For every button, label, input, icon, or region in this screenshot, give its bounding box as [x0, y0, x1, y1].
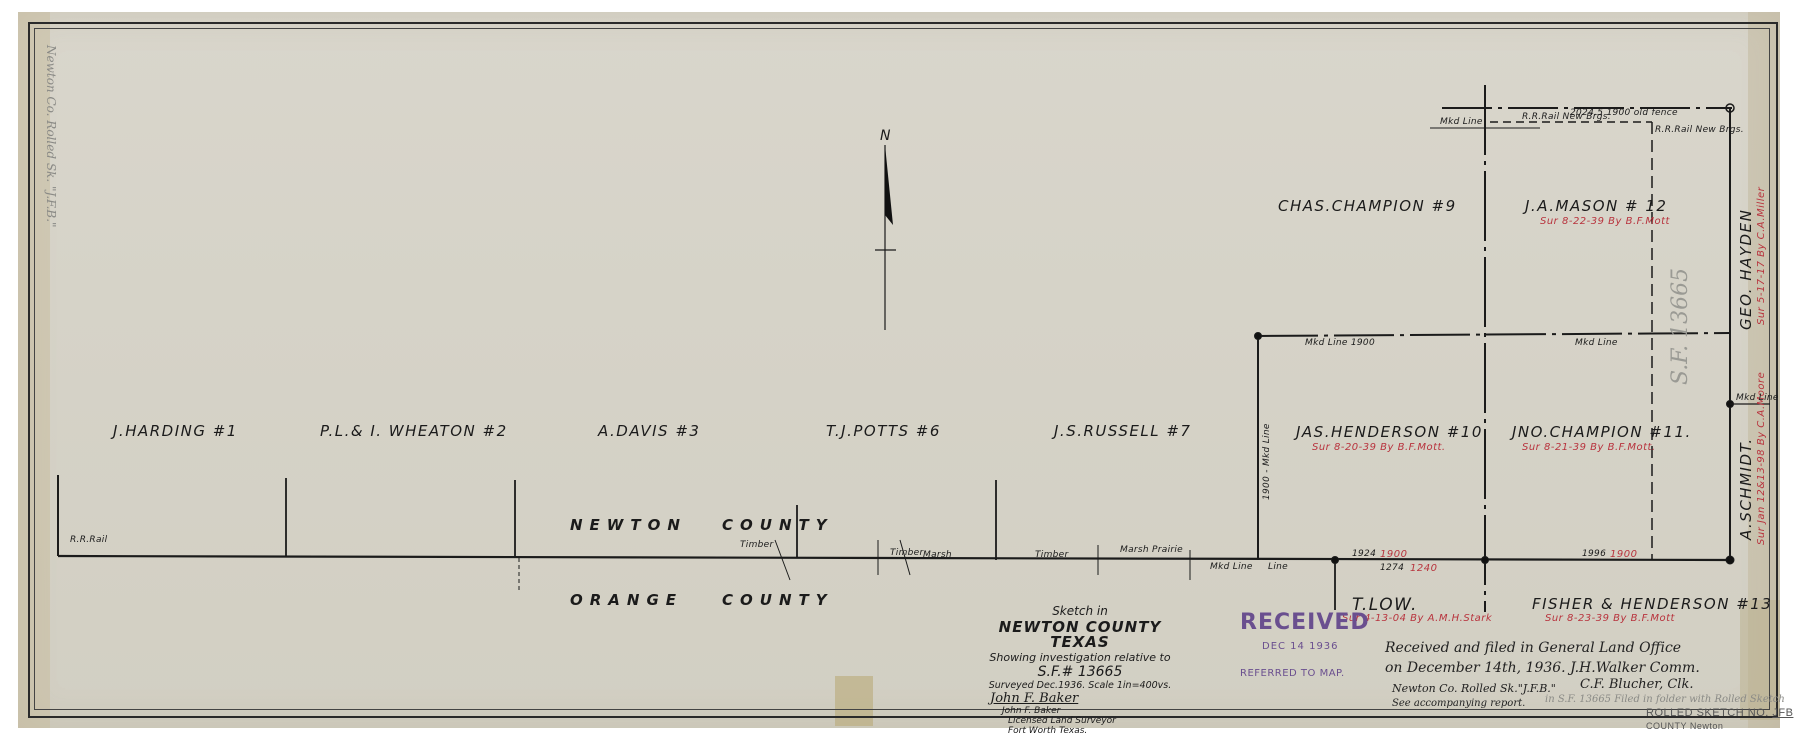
filing-note-line: Newton Co. Rolled Sk."J.F.B." [1392, 682, 1556, 695]
county-label-orange: COUNTY [722, 591, 834, 609]
line-label: Timber [890, 548, 924, 558]
tract-label: J.A.MASON # 12 [1525, 197, 1667, 215]
line-label: Timber [1035, 550, 1069, 560]
tract-label: T.J.POTTS #6 [826, 422, 941, 440]
received-stamp-date: DEC 14 1936 [1262, 641, 1339, 652]
margin-note: Newton Co. Rolled Sk. "J.F.B." [44, 45, 58, 228]
survey-note: Sur 5-17-17 By C.A.Miller [1756, 187, 1767, 325]
title-block: Sketch in NEWTON COUNTY TEXAS Showing in… [960, 604, 1200, 736]
survey-lines [0, 0, 1800, 738]
line-label: Mkd Line [1440, 117, 1483, 127]
pencil-note: in S.F. 13665 Filed in folder with Rolle… [1545, 694, 1785, 705]
line-label: Mkd Line [1210, 562, 1253, 572]
survey-note: Sur 8-21-39 By B.F.Mott. [1522, 442, 1656, 453]
tract-label: A.DAVIS #3 [598, 422, 700, 440]
title-line: Sketch in [960, 604, 1200, 618]
county-label-newton: COUNTY [722, 516, 834, 534]
line-label: Line [1268, 562, 1288, 572]
line-label: R.R.Rail New Brgs. [1655, 125, 1744, 135]
surveyor-title: Licensed Land Surveyor [960, 716, 1200, 726]
tract-label: J.S.RUSSELL #7 [1054, 422, 1191, 440]
line-label: Mkd Line [1736, 393, 1779, 403]
rolled-sketch-county-value: Newton [1690, 721, 1724, 731]
distance-value: 1924 [1352, 549, 1376, 559]
rolled-sketch-number-label: ROLLED SKETCH NO. [1646, 707, 1769, 719]
tract-label: A.SCHMIDT. [1737, 437, 1755, 540]
rolled-sketch-county-label: COUNTY [1646, 721, 1687, 731]
north-arrow-label: N [880, 128, 892, 144]
county-label-newton: NEWTON [570, 516, 687, 534]
rolled-sketch-county: COUNTY Newton [1646, 721, 1723, 731]
distance-value: 1240 [1410, 563, 1437, 574]
survey-note: Sur 8-20-39 By B.F.Mott. [1312, 442, 1446, 453]
distance-value: 1274 [1380, 563, 1404, 573]
line-label: Marsh Prairie [1120, 545, 1183, 555]
title-state: TEXAS [960, 633, 1200, 651]
surveyor-name: John F. Baker [960, 706, 1200, 716]
line-label: Marsh [923, 550, 952, 560]
distance-value: 1996 [1582, 549, 1606, 559]
distance-value: 1900 [1380, 549, 1407, 560]
county-label-orange: ORANGE [570, 591, 683, 609]
rolled-sketch-label: ROLLED SKETCH NO. JFB [1646, 707, 1793, 719]
survey-note: Sur 8-23-39 By B.F.Mott [1545, 613, 1675, 624]
filing-note-line: on December 14th, 1936. J.H.Walker Comm. [1385, 660, 1700, 676]
line-label: Timber [740, 540, 774, 550]
filing-note-line: Received and filed in General Land Offic… [1385, 640, 1681, 656]
filing-note-line: See accompanying report. [1392, 698, 1525, 709]
distance-value: 1900 [1610, 549, 1637, 560]
survey-note: Sur 8-22-39 By B.F.Mott [1540, 216, 1670, 227]
tract-label: GEO. HAYDEN [1737, 209, 1755, 330]
title-survey-date: Surveyed Dec.1936. Scale 1in=400vs. [960, 680, 1200, 691]
received-stamp: RECEIVED [1240, 610, 1370, 635]
title-line: Showing investigation relative to [960, 651, 1200, 664]
filing-note-clerk: C.F. Blucher, Clk. [1580, 677, 1693, 692]
referred-to-map-stamp: REFERRED TO MAP. [1240, 668, 1345, 679]
line-label: Mkd Line 1900 [1305, 338, 1375, 348]
line-label: 1900 - Mkd Line [1262, 423, 1272, 500]
tract-label: JNO.CHAMPION #11. [1512, 423, 1692, 441]
surveyor-signature: John F. Baker [960, 691, 1200, 706]
title-sf-number: S.F.# 13665 [960, 664, 1200, 680]
line-label: Mkd Line [1575, 338, 1618, 348]
tract-label: JAS.HENDERSON #10 [1296, 423, 1483, 441]
tract-label: J.HARDING #1 [113, 422, 238, 440]
line-label: R.R.Rail New Brgs. [1522, 112, 1611, 122]
rolled-sketch-number: JFB [1772, 707, 1793, 719]
surveyor-city: Fort Worth Texas. [960, 726, 1200, 736]
line-label: R.R.Rail [70, 535, 107, 545]
tract-label: P.L.& I. WHEATON #2 [320, 422, 508, 440]
tract-label: CHAS.CHAMPION #9 [1278, 197, 1457, 215]
tract-label: FISHER & HENDERSON #13 [1532, 595, 1772, 613]
sf-number-vertical: S.F. 13665 [1668, 268, 1693, 385]
